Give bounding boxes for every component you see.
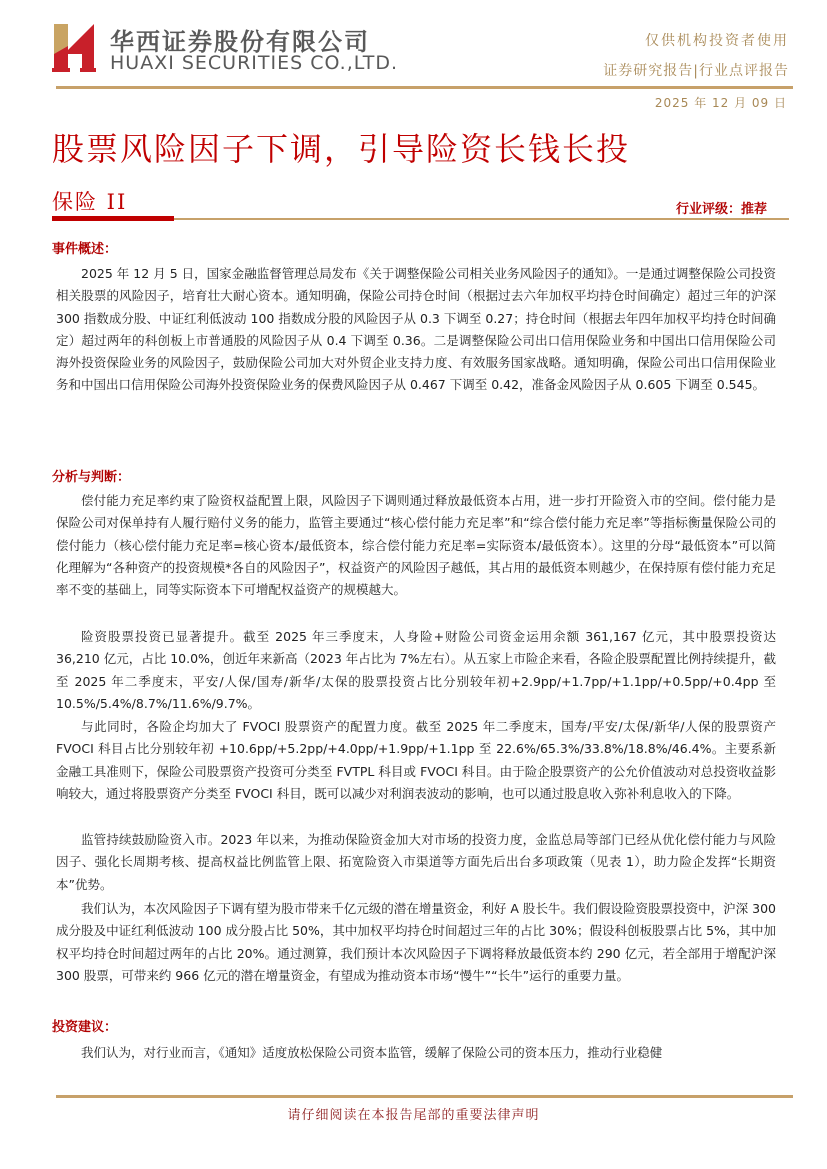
paragraph-analysis-2: 险资股票投资已显著提升。截至 2025 年三季度末，人身险+财险公司资金运用余额…: [56, 626, 776, 715]
section-heading-analysis: 分析与判断：: [52, 466, 130, 485]
report-title: 股票风险因子下调，引导险资长钱长投: [52, 124, 630, 170]
sector-divider-red: [52, 216, 174, 221]
sector-divider-gold: [174, 218, 789, 220]
paragraph-event: 2025 年 12 月 5 日，国家金融监督管理总局发布《关于调整保险公司相关业…: [56, 263, 776, 397]
company-name-en: HUAXI SECURITIES CO.,LTD.: [110, 52, 398, 74]
paragraph-investment: 我们认为，对行业而言，《通知》适度放松保险公司资本监管，缓解了保险公司的资本压力…: [56, 1042, 776, 1064]
paragraph-analysis-5: 我们认为，本次风险因子下调有望为股市带来千亿元级的潜在增量资金，利好 A 股长牛…: [56, 898, 776, 987]
huaxi-h-logo-icon: [52, 24, 96, 72]
company-logo: 华西证券股份有限公司 HUAXI SECURITIES CO.,LTD.: [52, 22, 382, 78]
section-heading-investment: 投资建议：: [52, 1016, 117, 1035]
legal-disclaimer-footer: 请仔细阅读在本报告尾部的重要法律声明: [0, 1104, 827, 1123]
report-date: 2025 年 12 月 09 日: [655, 94, 787, 111]
paragraph-analysis-1: 偿付能力充足率约束了险资权益配置上限，风险因子下调则通过释放最低资本占用，进一步…: [56, 490, 776, 601]
footer-divider: [56, 1095, 793, 1098]
sector-label: 保险 II: [52, 186, 127, 216]
audience-note: 仅供机构投资者使用: [645, 30, 789, 50]
header-divider: [56, 86, 793, 89]
report-type: 证券研究报告|行业点评报告: [603, 60, 789, 80]
section-heading-event: 事件概述：: [52, 238, 117, 257]
paragraph-analysis-3: 与此同时，各险企均加大了 FVOCI 股票资产的配置力度。截至 2025 年二季…: [56, 716, 776, 805]
paragraph-analysis-4: 监管持续鼓励险资入市。2023 年以来，为推动保险资金加大对市场的投资力度，金监…: [56, 829, 776, 896]
industry-rating: 行业评级：推荐: [676, 198, 767, 217]
